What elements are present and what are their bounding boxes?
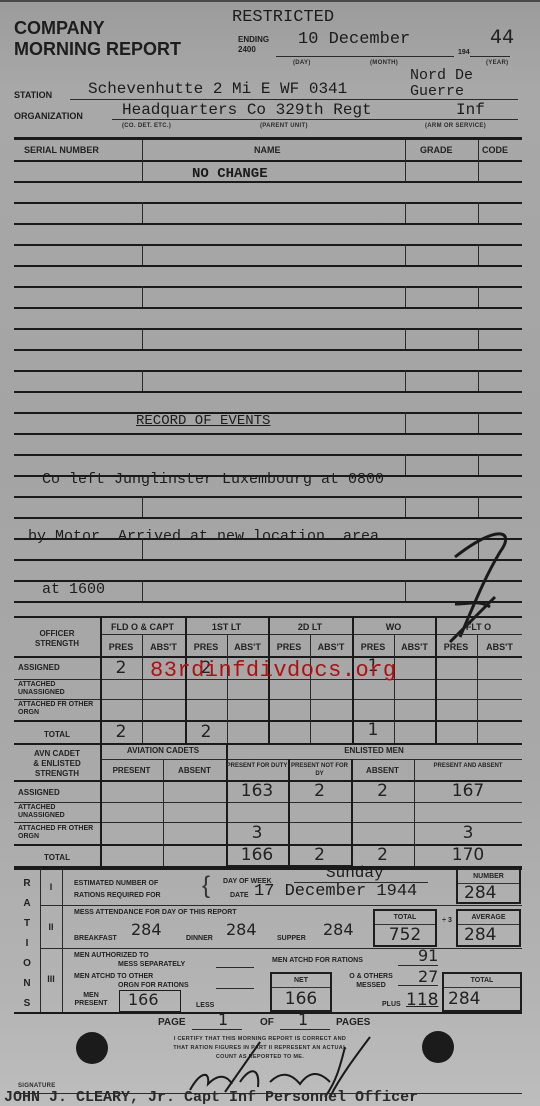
subcol-pres: PRES [435, 642, 477, 652]
subcol-pres: PRES [100, 642, 142, 652]
col-enlisted-absent: ABSENT [351, 766, 414, 775]
caption-co-det: (CO. DET. ETC.) [122, 123, 171, 129]
assigned-present-and-absent: 167 [414, 781, 522, 801]
atchd-for-rations-label: MEN ATCHD FOR RATIONS [272, 957, 363, 964]
organization-label: ORGANIZATION [14, 111, 83, 121]
men-present-label: MEN PRESENT [64, 992, 118, 1008]
col-present-not-for-duty: PRESENT NOT FOR DY [288, 762, 351, 778]
total-wo-pres: 1 [352, 720, 394, 740]
page-label: PAGE [158, 1017, 186, 1028]
ending-time: 2400 [238, 45, 269, 55]
others-messed-label-1: O & OTHERS [340, 972, 402, 981]
subcol-abst: ABS'T [394, 642, 435, 652]
dinner-label: DINNER [186, 935, 213, 942]
mess-attendance-heading: MESS ATTENDANCE FOR DAY OF THIS REPORT [74, 909, 237, 916]
day-of-week-value: Sunday [326, 864, 384, 882]
assigned-present-not-for-duty: 2 [288, 781, 351, 801]
date-label: DATE [230, 892, 249, 899]
rations-date-value: 17 December 1944 [254, 882, 417, 901]
mess-sep-1: MEN AUTHORIZED TO [74, 951, 185, 960]
total-1stlt-pres: 2 [185, 722, 227, 742]
assigned-fld-pres: 2 [100, 658, 142, 678]
of-label: OF [260, 1017, 274, 1028]
form-title: COMPANY MORNING REPORT [14, 18, 181, 60]
dinner-value: 284 [226, 920, 257, 939]
group-2d-lt: 2D LT [268, 622, 352, 632]
others-messed-value: 27 [418, 967, 438, 986]
row-label-total: TOTAL [14, 730, 100, 739]
enlisted-title-3: STRENGTH [14, 769, 100, 779]
side-letter: O [16, 954, 38, 974]
estimated-rations-label: ESTIMATED NUMBER OF RATIONS REQUIRED FOR [74, 878, 161, 902]
enlisted-title-1: AVN CADET [14, 749, 100, 759]
total-absent: 2 [351, 845, 414, 865]
men-present-label-2: PRESENT [64, 1000, 118, 1008]
subcol-abst: ABS'T [477, 642, 522, 652]
group-fld-o-capt: FLD O & CAPT [100, 622, 185, 632]
caption-arm-service: (ARM OR SERVICE) [425, 123, 486, 129]
plus-label: PLUS [382, 1001, 401, 1008]
officer-strength-title: OFFICER STRENGTH [14, 629, 100, 649]
row-label-attached-unassigned: ATTACHED UNASSIGNED [18, 804, 98, 820]
col-cadets-absent: ABSENT [163, 766, 226, 775]
row-label-attached-fr: ATTACHED FR OTHER ORGN [18, 701, 98, 717]
punch-hole-left [76, 1032, 108, 1064]
station-right-line1: Nord De [410, 68, 473, 84]
men-present-box: 166 [119, 990, 181, 1012]
total-label: TOTAL [375, 911, 435, 925]
punch-hole-right [422, 1031, 454, 1063]
subcol-abst: ABS'T [227, 642, 268, 652]
report-year: 44 [490, 26, 514, 48]
breakfast-value: 284 [131, 920, 162, 939]
record-of-events-heading: RECORD OF EVENTS [136, 413, 270, 429]
men-present-label-1: MEN [64, 992, 118, 1000]
col-name: NAME [254, 145, 281, 155]
total-attendance-value: 752 [375, 925, 435, 945]
enlisted-title-2: & ENLISTED [14, 759, 100, 769]
side-letter: R [16, 874, 38, 894]
net-label: NET [272, 974, 330, 988]
roster-entry: NO CHANGE [192, 166, 268, 182]
officer-title-1: OFFICER [14, 629, 100, 639]
subcol-pres: PRES [185, 642, 227, 652]
event-line: Co left Junglinster Luxembourg at 0800 [30, 470, 384, 489]
attached-fr-present-for-duty: 3 [226, 823, 288, 843]
col-present-for-duty: PRESENT FOR DUTY [226, 762, 288, 770]
record-of-events-text: Co left Junglinster Luxembourg at 0800 b… [30, 432, 384, 637]
subcol-abst: ABS'T [310, 642, 352, 652]
morning-report-form: COMPANY MORNING REPORT RESTRICTED ENDING… [0, 2, 540, 1106]
subcol-pres: PRES [352, 642, 394, 652]
enlisted-title: AVN CADET & ENLISTED STRENGTH [14, 749, 100, 779]
number-value: 284 [458, 884, 519, 902]
row-label-attached-fr: ATTACHED FR OTHER ORGN [18, 825, 98, 841]
average-value: 284 [458, 925, 519, 945]
supper-value: 284 [323, 920, 354, 939]
atchd-for-rations-value: 91 [418, 946, 438, 965]
caption-day: (DAY) [293, 60, 311, 66]
rations-total-box: TOTAL 284 [442, 972, 522, 1012]
breakfast-label: BREAKFAST [74, 935, 117, 942]
divide-by-three: ÷ 3 [440, 916, 454, 926]
assigned-present-for-duty: 163 [226, 781, 288, 801]
net-value: 166 [272, 988, 330, 1010]
classification-stamp: RESTRICTED [232, 8, 334, 27]
subcol-abst: ABS'T [142, 642, 185, 652]
mess-sep-2: MESS SEPARATELY [74, 960, 185, 969]
col-grade: GRADE [420, 145, 453, 155]
station-value: Schevenhutte 2 Mi E WF 0341 [88, 80, 347, 98]
less-label: LESS [196, 1002, 214, 1009]
average-box: AVERAGE 284 [456, 909, 521, 947]
others-messed-label: O & OTHERS MESSED [340, 972, 402, 990]
group-flt-o: FLT O [435, 622, 522, 632]
mess-separately-label: MEN AUTHORIZED TO MESS SEPARATELY [74, 951, 185, 969]
assigned-absent: 2 [351, 781, 414, 801]
side-letter: I [16, 934, 38, 954]
station-right-line2: Guerre [410, 84, 473, 100]
row-label-total: TOTAL [14, 853, 100, 862]
group-enlisted-men: ENLISTED MEN [226, 746, 522, 755]
organization-arm: Inf [456, 101, 485, 119]
number-box: NUMBER 284 [456, 868, 521, 904]
signer-name: JOHN J. CLEARY, Jr. Capt Inf Personnel O… [4, 1089, 418, 1106]
col-serial-number: SERIAL NUMBER [24, 145, 99, 155]
total-pages: 1 [298, 1010, 308, 1029]
row-label-assigned: ASSIGNED [18, 663, 60, 672]
attached-fr-present-and-absent: 3 [414, 823, 522, 843]
net-box: NET 166 [270, 972, 332, 1012]
atchd-other-2: ORGN FOR RATIONS [74, 981, 189, 990]
number-label: NUMBER [458, 870, 519, 884]
report-date: 10 December [298, 30, 410, 49]
average-label: AVERAGE [458, 911, 519, 925]
row-label-assigned: ASSIGNED [18, 788, 60, 797]
plus-value: 118 [406, 990, 438, 1010]
form-title-line2: MORNING REPORT [14, 39, 181, 60]
total-attendance-box: TOTAL 752 [373, 909, 437, 947]
total-fld-pres: 2 [100, 722, 142, 742]
estimated-label-2: RATIONS REQUIRED FOR [74, 890, 161, 902]
page-number: 1 [218, 1010, 228, 1029]
atchd-other-label: MEN ATCHD TO OTHER ORGN FOR RATIONS [74, 972, 189, 990]
numeral-iii: III [40, 974, 62, 984]
total-present-not-for-duty: 2 [288, 845, 351, 865]
col-present-and-absent: PRESENT AND ABSENT [414, 762, 522, 770]
side-letter: T [16, 914, 38, 934]
estimated-label-1: ESTIMATED NUMBER OF [74, 878, 161, 890]
side-letter: S [16, 994, 38, 1014]
brace: { [202, 872, 210, 900]
subcol-pres: PRES [268, 642, 310, 652]
caption-parent-unit: (PARENT UNIT) [260, 123, 308, 129]
caption-year: (YEAR) [486, 60, 508, 66]
ending-text: ENDING [238, 35, 269, 45]
rations-total-label: TOTAL [444, 974, 520, 988]
col-cadets-present: PRESENT [100, 766, 163, 775]
row-label-attached-unassigned: ATTACHED UNASSIGNED [18, 681, 98, 697]
group-aviation-cadets: AVIATION CADETS [100, 746, 226, 755]
col-code: CODE [482, 145, 508, 155]
numeral-ii: II [40, 922, 62, 932]
men-present-value: 166 [120, 991, 180, 1009]
event-line: at 1600 [30, 580, 384, 599]
atchd-other-1: MEN ATCHD TO OTHER [74, 972, 189, 981]
side-letter: A [16, 894, 38, 914]
group-wo: WO [352, 622, 435, 632]
supper-label: SUPPER [277, 935, 306, 942]
ending-label: ENDING 2400 [238, 35, 269, 55]
pages-label: PAGES [336, 1017, 370, 1028]
numeral-i: I [40, 882, 62, 892]
others-messed-label-2: MESSED [340, 981, 402, 990]
form-title-line1: COMPANY [14, 18, 181, 39]
side-letter: N [16, 974, 38, 994]
year-prefix: 194 [458, 49, 470, 56]
station-value-right: Nord De Guerre [410, 68, 473, 100]
watermark: 83rdinfdivdocs.org [150, 658, 397, 683]
event-line: by Motor Arrived at new location area [28, 527, 384, 546]
group-1st-lt: 1ST LT [185, 622, 268, 632]
total-present-for-duty: 166 [226, 845, 288, 865]
officer-title-2: STRENGTH [14, 639, 100, 649]
rations-side-label: R A T I O N S [16, 874, 38, 1014]
rations-total-value: 284 [444, 988, 520, 1010]
organization-value: Headquarters Co 329th Regt [122, 101, 372, 119]
station-label: STATION [14, 90, 52, 100]
caption-month: (MONTH) [370, 60, 398, 66]
total-present-and-absent: 170 [414, 845, 522, 865]
